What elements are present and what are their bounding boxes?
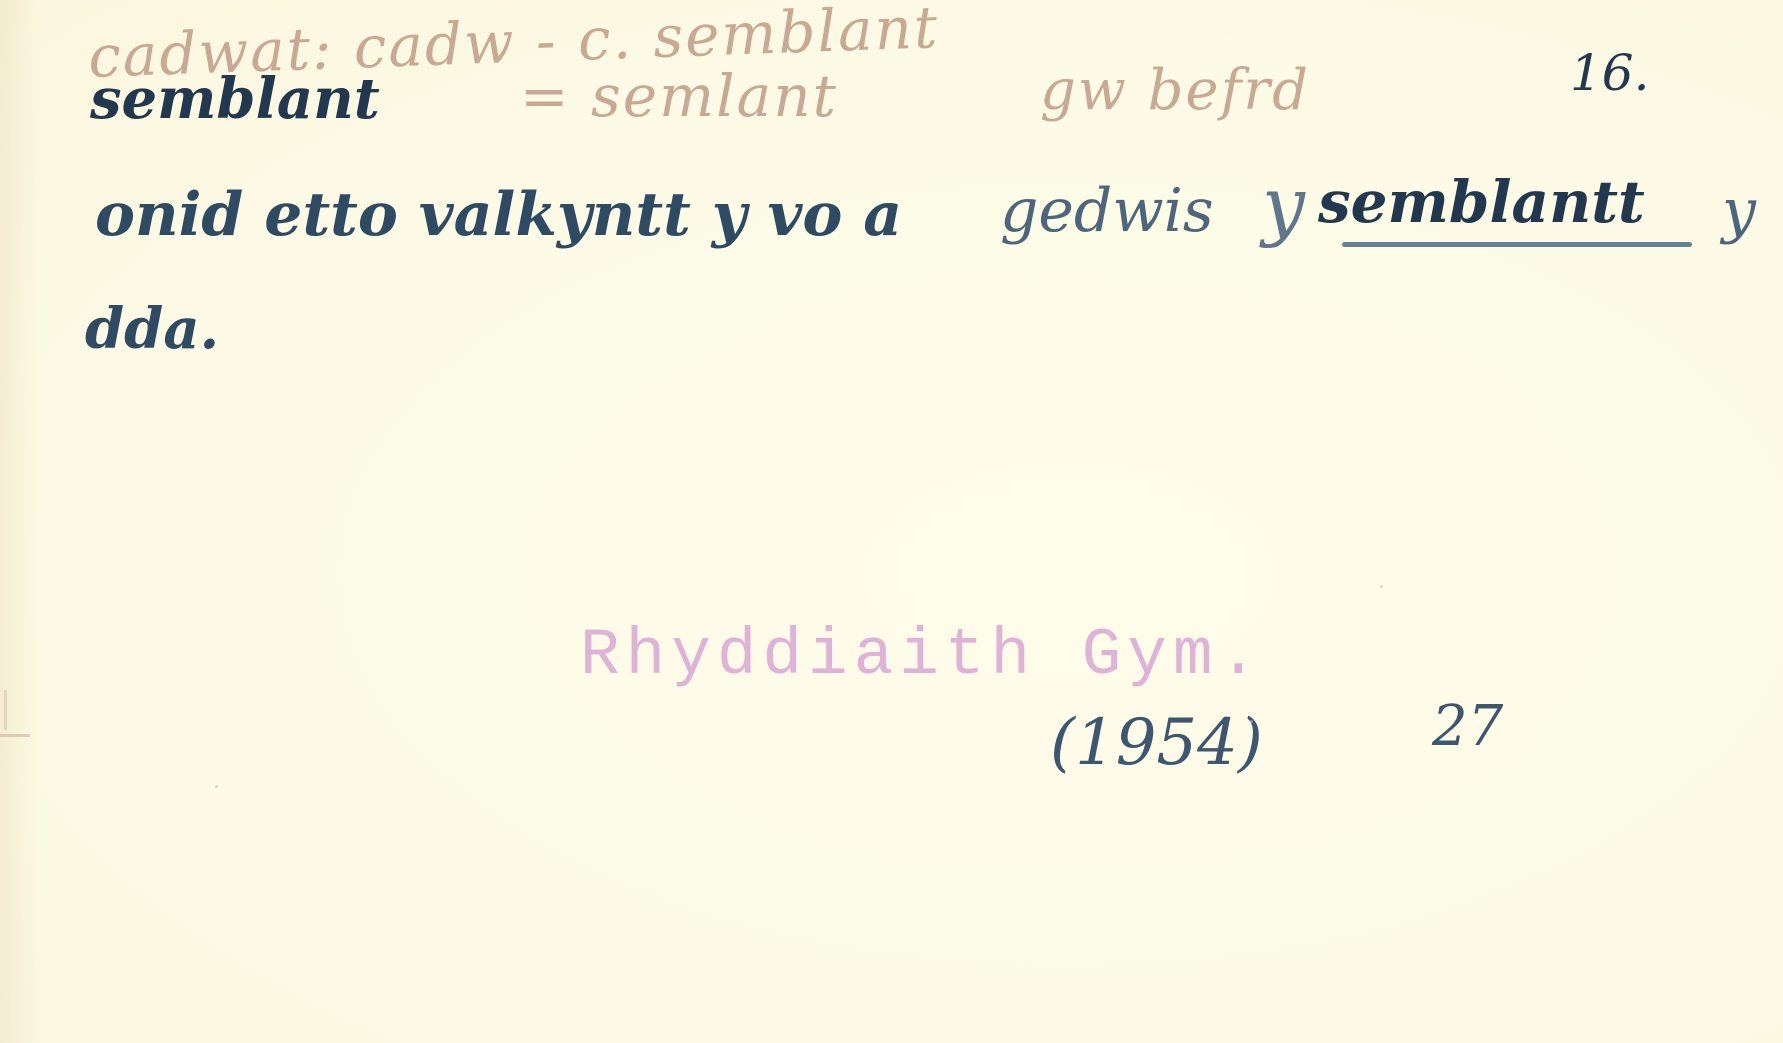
quotation-line-1-part-1: onid etto valkyntt y vo a: [95, 180, 902, 250]
edge-mark: [0, 734, 30, 737]
quotation-line-1-part-2: gedwis: [1000, 176, 1214, 246]
quotation-line-2: dda.: [85, 296, 219, 362]
paper-speck: [1380, 585, 1383, 588]
index-card: cadwat: cadw - c. semblant = semlant gw …: [0, 0, 1783, 1043]
date: (1954): [1050, 706, 1263, 780]
keyword-underline: [1342, 242, 1692, 247]
source-stamp: Rhyddiaith Gym.: [580, 618, 1264, 693]
quotation-line-1-part-4: y: [1722, 176, 1756, 246]
headword: semblant: [90, 66, 380, 132]
quotation-connector: y: [1262, 160, 1305, 249]
paper-speck: [215, 785, 218, 788]
paper-speck: [1250, 720, 1253, 723]
pencil-note-gloss: gw befrd: [1040, 58, 1310, 123]
card-number: 16.: [1570, 44, 1650, 102]
quotation-keyword: semblantt: [1318, 168, 1645, 236]
edge-mark: [4, 690, 7, 730]
pencil-note-variant: = semlant: [520, 62, 838, 130]
page-number: 27: [1432, 694, 1503, 759]
